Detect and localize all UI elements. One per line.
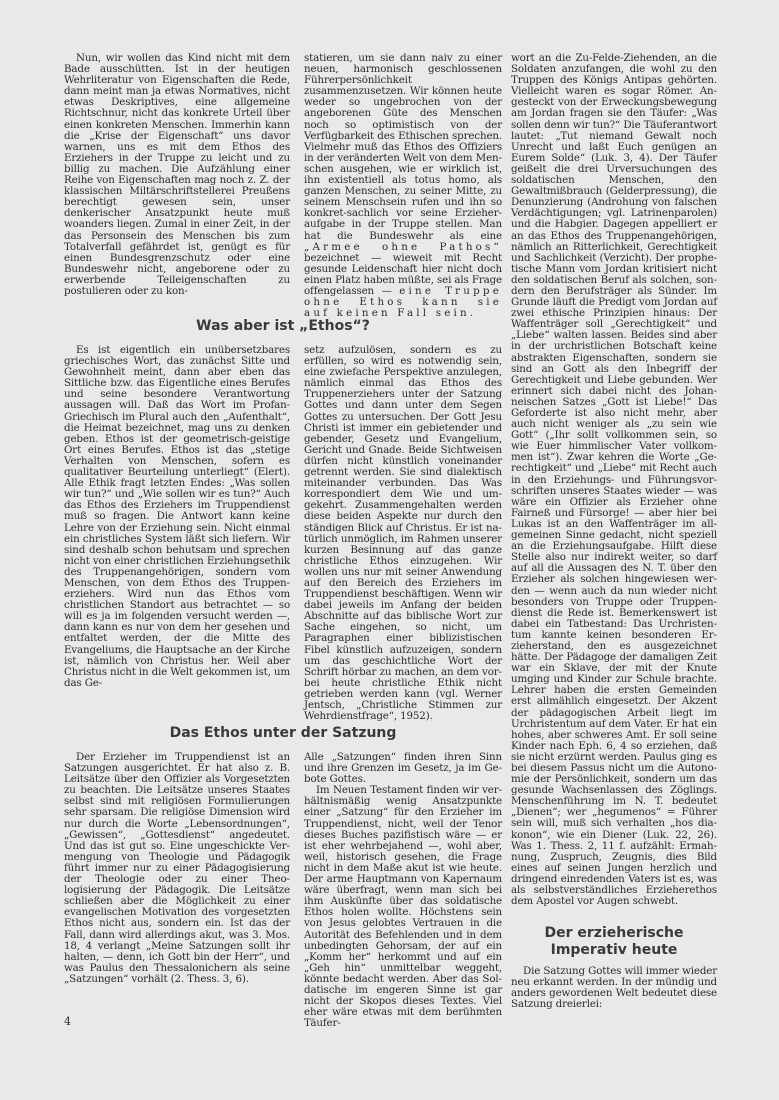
paragraph: wort an die Zu-Felde-Ziehenden, an die S… (511, 53, 717, 907)
section-heading-satzung: Das Ethos unter der Satzung (64, 725, 502, 742)
section-heading-ethos: Was aber ist „Ethos“? (64, 318, 502, 335)
paragraph: statieren, um sie dann naiv zu einer neu… (304, 53, 502, 319)
paragraph: Der Erzieher im Truppendienst ist an Sat… (64, 752, 290, 985)
column-3-top: wort an die Zu-Felde-Ziehenden, an die S… (511, 53, 717, 907)
column-2-bottom: Alle „Satzungen“ finden ihren Sinn und i… (304, 752, 502, 1029)
section-heading-imperativ: Der erzieherische Imperativ heute (511, 925, 717, 959)
paragraph: Alle „Satzungen“ finden ihren Sinn und i… (304, 752, 502, 785)
heading-line: Imperativ heute (511, 942, 717, 959)
document-page: Nun, wir wollen das Kind nicht mit dem B… (0, 0, 779, 1100)
paragraph: Die Satzung Gottes will immer wie­der ne… (511, 966, 717, 1010)
text-run: statieren, um sie dann naiv zu einer neu… (304, 52, 502, 242)
paragraph: setz aufzulösen, sondern es zu erfüllen,… (304, 345, 502, 722)
column-1-middle: Es ist eigentlich ein unübersetzbares gr… (64, 345, 290, 689)
column-3-bottom: Die Satzung Gottes will immer wie­der ne… (511, 966, 717, 1010)
paragraph: Im Neuen Testament finden wir ver­hältni… (304, 785, 502, 1029)
paragraph: Nun, wir wollen das Kind nicht mit dem B… (64, 53, 290, 297)
column-1-top: Nun, wir wollen das Kind nicht mit dem B… (64, 53, 290, 297)
column-2-middle: setz aufzulösen, sondern es zu erfüllen,… (304, 345, 502, 722)
page-number: 4 (64, 1015, 71, 1028)
heading-line: Der erzieherische (511, 925, 717, 942)
column-1-bottom: Der Erzieher im Truppendienst ist an Sat… (64, 752, 290, 985)
column-2-top: statieren, um sie dann naiv zu einer neu… (304, 53, 502, 319)
paragraph: Es ist eigentlich ein unübersetzbares gr… (64, 345, 290, 689)
